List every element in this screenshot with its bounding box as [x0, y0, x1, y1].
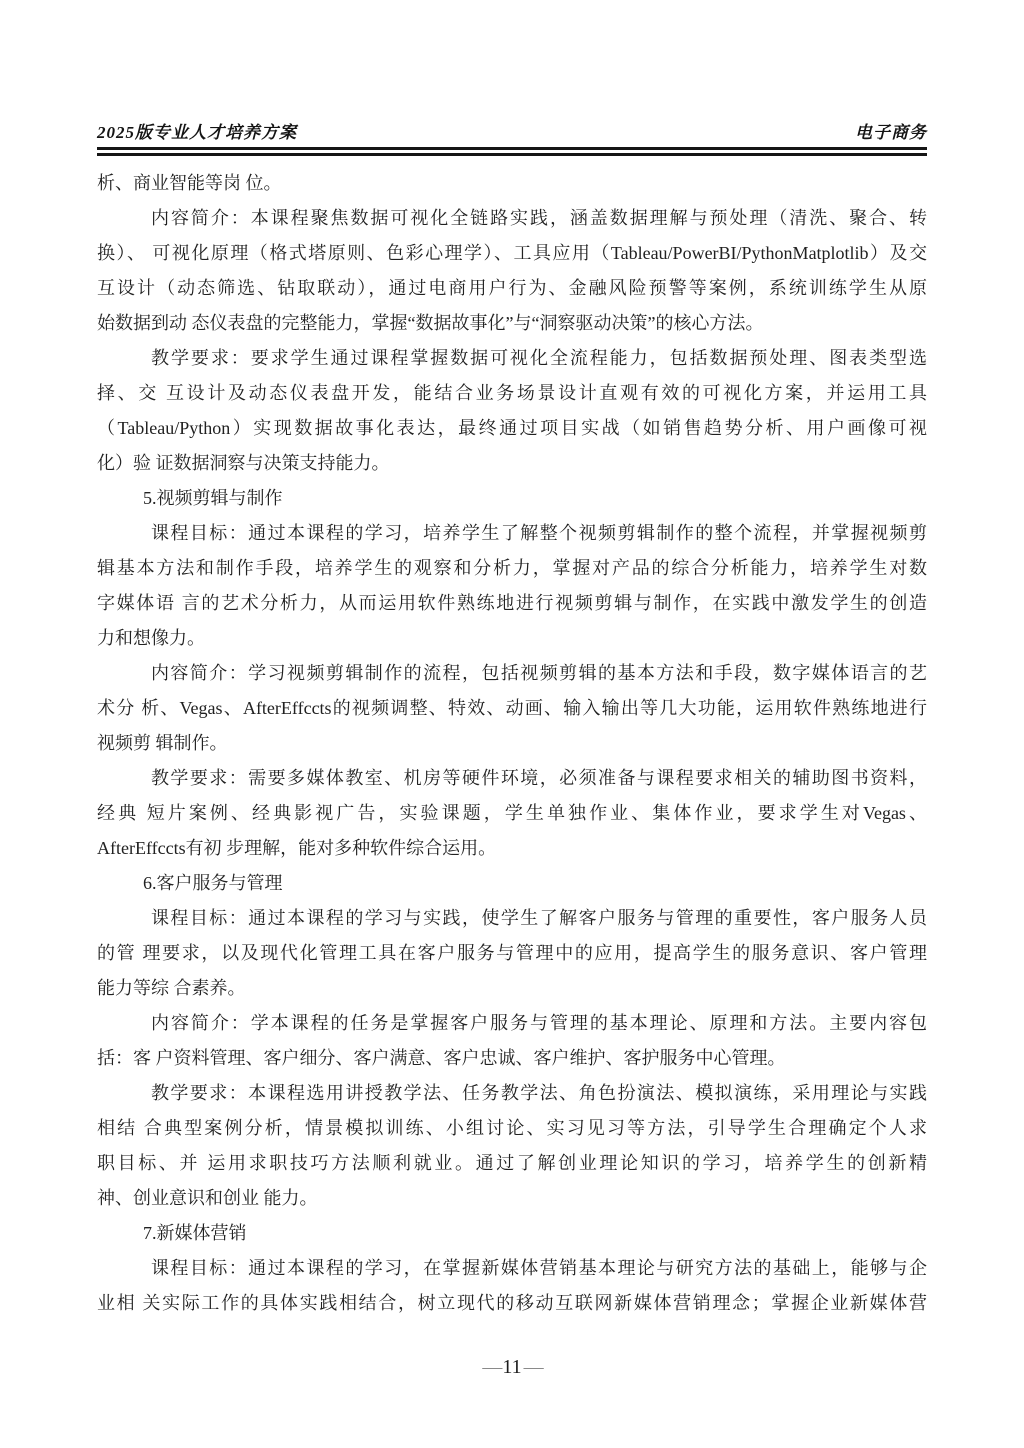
page-footer: —11— — [0, 1353, 1024, 1381]
text-line: AfterEffccts有初 步理解，能对多种软件综合运用。 — [97, 831, 927, 866]
text-line: （Tableau/Python）实现数据故事化表达，最终通过项目实战（如销售趋势… — [97, 411, 927, 446]
body-lines: 析、商业智能等岗 位。内容简介：本课程聚焦数据可视化全链路实践，涵盖数据理解与预… — [97, 166, 927, 1321]
text-line: 的管 理要求，以及现代化管理工具在客户服务与管理中的应用，提高学生的服务意识、客… — [97, 936, 927, 971]
document-page: 2025版专业人才培养方案 电子商务 析、商业智能等岗 位。内容简介：本课程聚焦… — [0, 0, 1024, 1448]
text-line: 教学要求：需要多媒体教室、机房等硬件环境，必须准备与课程要求相关的辅助图书资料， — [97, 761, 927, 796]
section-heading: 6.客户服务与管理 — [97, 866, 927, 901]
text-line: 能力等综 合素养。 — [97, 971, 927, 1006]
text-line: 课程目标：通过本课程的学习，培养学生了解整个视频剪辑制作的整个流程，并掌握视频剪 — [97, 516, 927, 551]
text-line: 内容简介：本课程聚焦数据可视化全链路实践，涵盖数据理解与预处理（清洗、聚合、转 — [97, 201, 927, 236]
header-right-title: 电子商务 — [855, 118, 927, 143]
page-number: 11 — [500, 1356, 523, 1378]
text-line: 力和想像力。 — [97, 621, 927, 656]
footer-dash-left: — — [482, 1356, 500, 1378]
text-line: 内容简介：学习视频剪辑制作的流程，包括视频剪辑的基本方法和手段，数字媒体语言的艺 — [97, 656, 927, 691]
section-heading: 7.新媒体营销 — [97, 1216, 927, 1251]
text-line: 课程目标：通过本课程的学习，在掌握新媒体营销基本理论与研究方法的基础上，能够与企 — [97, 1251, 927, 1286]
header-left-title: 2025版专业人才培养方案 — [97, 118, 297, 143]
header-divider — [97, 147, 927, 156]
text-line: 相结 合典型案例分析，情景模拟训练、小组讨论、实习见习等方法，引导学生合理确定个… — [97, 1111, 927, 1146]
text-line: 互设计（动态筛选、钻取联动），通过电商用户行为、金融风险预警等案例，系统训练学生… — [97, 271, 927, 306]
text-line: 经典 短片案例、经典影视广告，实验课题，学生单独作业、集体作业，要求学生对Veg… — [97, 796, 927, 831]
text-line: 析、商业智能等岗 位。 — [97, 166, 927, 201]
text-line: 教学要求：要求学生通过课程掌握数据可视化全流程能力，包括数据预处理、图表类型选 — [97, 341, 927, 376]
text-line: 职目标、并 运用求职技巧方法顺利就业。通过了解创业理论知识的学习，培养学生的创新… — [97, 1146, 927, 1181]
text-line: 教学要求：本课程选用讲授教学法、任务教学法、角色扮演法、模拟演练，采用理论与实践 — [97, 1076, 927, 1111]
text-line: 内容简介：学本课程的任务是掌握客户服务与管理的基本理论、原理和方法。主要内容包 — [97, 1006, 927, 1041]
text-line: 字媒体语 言的艺术分析力，从而运用软件熟练地进行视频剪辑与制作，在实践中激发学生… — [97, 586, 927, 621]
text-line: 神、创业意识和创业 能力。 — [97, 1181, 927, 1216]
text-line: 业相 关实际工作的具体实践相结合，树立现代的移动互联网新媒体营销理念；掌握企业新… — [97, 1286, 927, 1321]
text-line: 辑基本方法和制作手段，培养学生的观察和分析力，掌握对产品的综合分析能力，培养学生… — [97, 551, 927, 586]
text-line: 换）、 可视化原理（格式塔原则、色彩心理学）、工具应用（Tableau/Powe… — [97, 236, 927, 271]
text-line: 括：客 户资料管理、客户细分、客户满意、客户忠诚、客户维护、客护服务中心管理。 — [97, 1041, 927, 1076]
text-line: 术分 析、Vegas、AfterEffccts的视频调整、特效、动画、输入输出等… — [97, 691, 927, 726]
section-heading: 5.视频剪辑与制作 — [97, 481, 927, 516]
footer-dash-right: — — [524, 1356, 542, 1378]
text-line: 择、交 互设计及动态仪表盘开发，能结合业务场景设计直观有效的可视化方案，并运用工… — [97, 376, 927, 411]
text-line: 课程目标：通过本课程的学习与实践，使学生了解客户服务与管理的重要性，客户服务人员 — [97, 901, 927, 936]
text-line: 视频剪 辑制作。 — [97, 726, 927, 761]
text-line: 化）验 证数据洞察与决策支持能力。 — [97, 446, 927, 481]
text-line: 始数据到动 态仪表盘的完整能力，掌握“数据故事化”与“洞察驱动决策”的核心方法。 — [97, 306, 927, 341]
